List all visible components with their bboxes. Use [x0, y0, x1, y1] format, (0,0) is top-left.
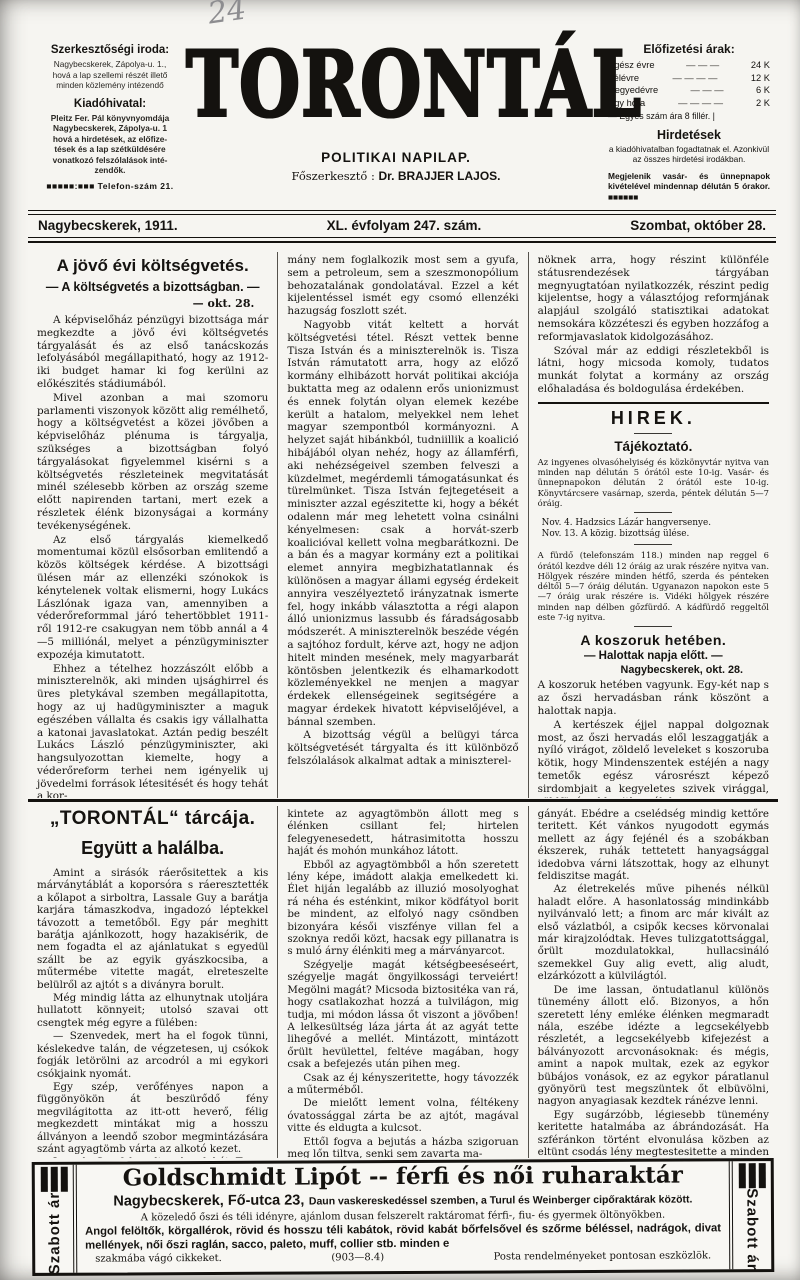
newspaper-page: 24 Szerkesztőségi iroda: Nagybecskerek, … — [0, 0, 800, 1280]
editor-label: Főszerkesztő : — [291, 169, 374, 183]
masthead-left-box: Szerkesztőségi iroda: Nagybecskerek, Záp… — [34, 44, 186, 191]
ads-text: a kiadóhivatalban fogadtatnak el. Azonki… — [608, 144, 770, 165]
paragraph: Egy szép, verőfényes napon a függönyökön… — [37, 1081, 268, 1155]
price-dashes: — — — — [655, 59, 751, 72]
ad-content: Goldschmidt Lipót -- férfi és női ruhara… — [77, 1161, 730, 1272]
dateline-band: Nagybecskerek, 1911. XL. évfolyam 247. s… — [28, 210, 776, 243]
paragraph: Az ingyenes olvasóhelyiség és közkönyvtá… — [538, 457, 769, 508]
publisher-lines: Pleitz Fer. Pál könyvnyomdájaNagybecsker… — [34, 113, 186, 176]
paragraph: A kertészek éjjel nappal dolgoznak most,… — [538, 719, 769, 798]
ad-right-strip: Szabott ár — [729, 1161, 772, 1269]
lead-article-title: A jövő évi költségvetés. — [37, 256, 268, 276]
lead-article-col3-text: nöknek arra, hogy részint különféle stát… — [538, 254, 769, 396]
feuilleton-col3: gányát. Ebédre a cselédség mindig kettőr… — [528, 806, 778, 1158]
bath-notice: A fürdő (telefonszám 118.) minden nap re… — [538, 550, 769, 622]
ad-products-line: Angol felöltők, körgallérok, rövid és ho… — [85, 1222, 721, 1252]
publisher-line: zendők. — [34, 165, 186, 176]
paragraph: A fürdő (telefonszám 118.) minden nap re… — [538, 550, 769, 622]
event-item: Nov. 13. A közig. bizottság ülése. — [538, 529, 769, 540]
paragraph: nöknek arra, hogy részint különféle stát… — [538, 254, 769, 344]
publisher-line: tések és a lap szétküldésére — [34, 144, 186, 155]
feuilleton-col1: „TORONTÁL“ tárcája. Együtt a halálba. Am… — [28, 806, 277, 1158]
ad-bottom-left: szakmába vágó cikkeket. — [95, 1253, 222, 1265]
paragraph: Csak az éj kényszeritette, hogy távozzék… — [287, 1072, 518, 1097]
ad-headline: Goldschmidt Lipót -- férfi és női ruhara… — [85, 1162, 721, 1191]
advertisement-box: Szabott ár Goldschmidt Lipót -- férfi és… — [32, 1158, 775, 1276]
koszoruk-text: A koszoruk hetében vagyunk. Egy-két nap … — [538, 679, 769, 798]
tajekoztato-text: Az ingyenes olvasóhelyiség és közkönyvtá… — [538, 457, 769, 508]
main-columns: A jövő évi költségvetés. — A költségveté… — [28, 252, 778, 798]
right-column: nöknek arra, hogy részint különféle stát… — [528, 252, 778, 798]
divider — [634, 544, 672, 545]
price-dashes: — — — — — [645, 97, 756, 110]
paragraph: Szóval már az eddigi részletekből is lát… — [538, 345, 769, 396]
lead-article-subtitle: — A költségvetés a bizottságban. — — [37, 280, 268, 294]
paragraph: Ebből az agyagtömbből a hőn szeretett lé… — [287, 859, 518, 958]
publication-schedule: Megjelenik vasár- és ünnepnapok kivételé… — [608, 171, 770, 202]
publisher-line: hová a hirdetések, az előfize- — [34, 134, 186, 145]
masthead-center: TORONTÁL POLITIKAI NAPILAP. Főszerkesztő… — [186, 26, 606, 183]
price-row: Egy hóra — — — — 2 K — [608, 97, 770, 110]
dateline-issue: XL. évfolyam 247. szám. — [327, 218, 482, 233]
divider — [538, 402, 769, 404]
price-label: Negyedévre — [608, 84, 658, 97]
ad-offer-line: A közeledő őszi és téli idényre, ajánlom… — [85, 1209, 721, 1223]
publisher-line: vonatkozó felszólalások inté- — [34, 155, 186, 166]
lead-article-col1: A jövő évi költségvetés. — A költségveté… — [28, 252, 277, 798]
prices-title: Előfizetési árak: — [608, 42, 770, 56]
office-line: hová a lap szellemi részét illető — [34, 70, 186, 81]
divider — [634, 512, 672, 513]
newspaper-title: TORONTÁL — [186, 26, 606, 144]
ad-bottom-right: Posta rendelményeket pontosan eszközlök. — [494, 1250, 712, 1262]
paragraph: Az életrekelés műve pihenés nélkül halad… — [538, 883, 769, 982]
ad-bottom-row: szakmába vágó cikkeket. (903—8.4) Posta … — [85, 1250, 721, 1264]
lead-article-col1-text: A képviselőház pénzügyi bizottsága már m… — [37, 314, 268, 798]
feuilleton-col2: kintete az agyagtömbön állott meg s élén… — [277, 806, 527, 1158]
price-label: Egész évre — [608, 59, 655, 72]
lead-article-date: — okt. 28. — [37, 297, 268, 310]
publisher-line: Pleitz Fer. Pál könyvnyomdája — [34, 113, 186, 124]
paragraph: Az első tárgyalás kiemelkedő momentumai … — [37, 534, 268, 662]
divider — [28, 237, 776, 243]
feuilleton-title: Együtt a halálba. — [37, 838, 268, 859]
fixed-price-label-left: Szabott ár — [45, 1192, 62, 1275]
paragraph: Ettől fogva a bejutás a házba szigoruan … — [287, 1136, 518, 1158]
section-divider — [28, 799, 778, 802]
feuilleton-section-title: „TORONTÁL“ tárcája. — [37, 808, 268, 830]
feuilleton-col1-text: Amint a sirásók ráerősitettek a kis márv… — [37, 867, 268, 1158]
koszoruk-subtitle: — Halottak napja előtt. — — [538, 650, 769, 662]
koszoruk-dateline: Nagybecskerek, okt. 28. — [538, 664, 769, 676]
price-label: Egy hóra — [608, 97, 645, 110]
tajekoztato-title: Tájékoztató. — [538, 439, 769, 454]
paragraph: A képviselőház pénzügyi bizottsága már m… — [37, 314, 268, 391]
newspaper-subtitle: POLITIKAI NAPILAP. — [186, 150, 606, 165]
price-value: 2 K — [756, 97, 770, 110]
paragraph: Mivel azonban a mai szomoru parlamenti v… — [37, 392, 268, 533]
paragraph: Még mindig látta az elhunytnak utoljára … — [37, 992, 268, 1029]
lead-article-col2: mány nem foglalkozik most sem a gyufa, s… — [277, 252, 527, 798]
price-dashes: — — — — — [639, 72, 751, 85]
bars-ornament — [40, 1165, 67, 1192]
paragraph: Szégyelje magát kétségbeeséseért, szégye… — [287, 959, 518, 1071]
publisher-line: Nagybecskerek, Zápolya-u. 1 — [34, 123, 186, 134]
price-dashes: — — — — [658, 84, 756, 97]
divider — [634, 626, 672, 627]
paragraph: De ime lassan, öntudatlanul különös tüne… — [538, 984, 769, 1108]
dateline-place: Nagybecskerek, 1911. — [38, 218, 178, 233]
fixed-price-label-right: Szabott ár — [743, 1188, 760, 1271]
price-row: Negyedévre — — — 6 K — [608, 84, 770, 97]
ad-address-street: Nagybecskerek, Fő-utca 23, — [113, 1193, 304, 1210]
paragraph: Amint a sirásók ráerősitettek a kis márv… — [37, 867, 268, 991]
ad-reference-number: (903—8.4) — [331, 1252, 384, 1263]
bars-ornament — [738, 1161, 765, 1188]
editor-line: Főszerkesztő : Dr. BRAJJER LAJOS. — [186, 169, 606, 183]
masthead-right-box: Előfizetési árak: Egész évre — — — 24 K … — [608, 42, 770, 202]
paragraph: kintete az agyagtömbön állott meg s élén… — [287, 808, 518, 858]
price-value: 24 K — [751, 59, 770, 72]
price-value: 12 K — [751, 72, 770, 85]
editor-name: Dr. BRAJJER LAJOS. — [378, 169, 500, 183]
single-issue-price: — Egyes szám ára 8 fillér. | — [608, 111, 770, 121]
editorial-office-title: Szerkesztőségi iroda: — [34, 44, 186, 56]
paragraph: Nagyobb vitát keltett a horvát költségve… — [287, 319, 518, 729]
feuilleton-columns: „TORONTÁL“ tárcája. Együtt a halálba. Am… — [28, 806, 778, 1158]
paragraph: A koszoruk hetében vagyunk. Egy-két nap … — [538, 679, 769, 717]
paragraph: De mielőtt lement volna, féltékeny óvato… — [287, 1097, 518, 1134]
paragraph: — Szenvedek, mert ha el fogok tünni, kés… — [37, 1030, 268, 1080]
price-row: Egész évre — — — 24 K — [608, 59, 770, 72]
telephone-line: ■■■■■:■■■ Telefon-szám 21. — [34, 181, 186, 191]
price-row: Félévre — — — — 12 K — [608, 72, 770, 85]
ads-title: Hirdetések — [608, 128, 770, 142]
ad-address: Nagybecskerek, Fő-utca 23, Daun vaskeres… — [85, 1189, 721, 1210]
event-list: Nov. 4. Hadzsics Lázár hangversenye.Nov.… — [538, 518, 769, 540]
divider — [634, 433, 672, 434]
price-label: Félévre — [608, 72, 639, 85]
hirek-section-header: HIREK. — [538, 408, 769, 429]
koszoruk-title: A koszoruk hetében. — [538, 632, 769, 648]
paragraph: Ehhez a tételhez hozzászólt előbb a mini… — [37, 663, 268, 798]
paragraph: gányát. Ebédre a cselédség mindig kettőr… — [538, 808, 769, 882]
paragraph: A bizottság végül a belügyi tárca költsé… — [287, 729, 518, 767]
office-line: minden közlemény intézendő — [34, 80, 186, 91]
paragraph: Egy sugárzóbb, légiesebb tünemény kerite… — [538, 1109, 769, 1158]
editorial-office-lines: Nagybecskerek, Zápolya-u. 1.,hová a lap … — [34, 59, 186, 91]
ad-address-detail: Daun vaskereskedéssel szemben, a Turul é… — [309, 1193, 693, 1207]
ad-left-strip: Szabott ár — [35, 1165, 78, 1273]
dateline-date: Szombat, október 28. — [630, 218, 766, 233]
price-value: 6 K — [756, 84, 770, 97]
paragraph: mány nem foglalkozik most sem a gyufa, s… — [287, 254, 518, 318]
office-line: Nagybecskerek, Zápolya-u. 1., — [34, 59, 186, 70]
paragraph: Lassale Guy felemelte a homlokát. Te- — [37, 1156, 268, 1158]
publisher-title: Kiadóhivatal: — [34, 98, 186, 110]
event-item: Nov. 4. Hadzsics Lázár hangversenye. — [538, 518, 769, 529]
